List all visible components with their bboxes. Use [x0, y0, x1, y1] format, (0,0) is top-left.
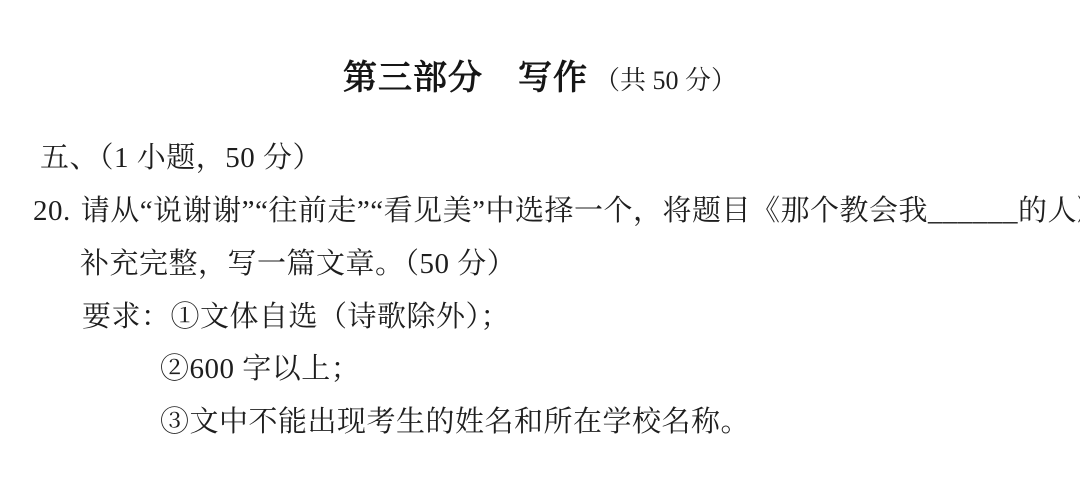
- part-five-heading: 五、（1 小题，50 分）: [40, 138, 322, 178]
- requirements-label-and-item-1: 要求：①文体自选（诗歌除外）；: [82, 297, 510, 337]
- requirement-item-3: ③文中不能出现考生的姓名和所在学校名称。: [160, 402, 750, 442]
- section-score-note: （共 50 分）: [594, 66, 737, 95]
- question-text-line1: 请从“说谢谢”“往前走”“看见美”中选择一个，将题目《那个教会我______的人…: [81, 195, 1080, 227]
- requirement-item-2: ②600 字以上；: [160, 349, 360, 389]
- section-title-text: 第三部分 写作: [343, 60, 588, 97]
- question-20-line-2: 补充完整，写一篇文章。（50 分）: [80, 244, 516, 284]
- exam-paper-page: 第三部分 写作（共 50 分） 五、（1 小题，50 分） 20.请从“说谢谢”…: [0, 0, 1080, 478]
- question-20-line-1: 20.请从“说谢谢”“往前走”“看见美”中选择一个，将题目《那个教会我_____…: [33, 191, 1080, 231]
- section-title: 第三部分 写作（共 50 分）: [0, 50, 1080, 99]
- question-number: 20.: [33, 195, 71, 227]
